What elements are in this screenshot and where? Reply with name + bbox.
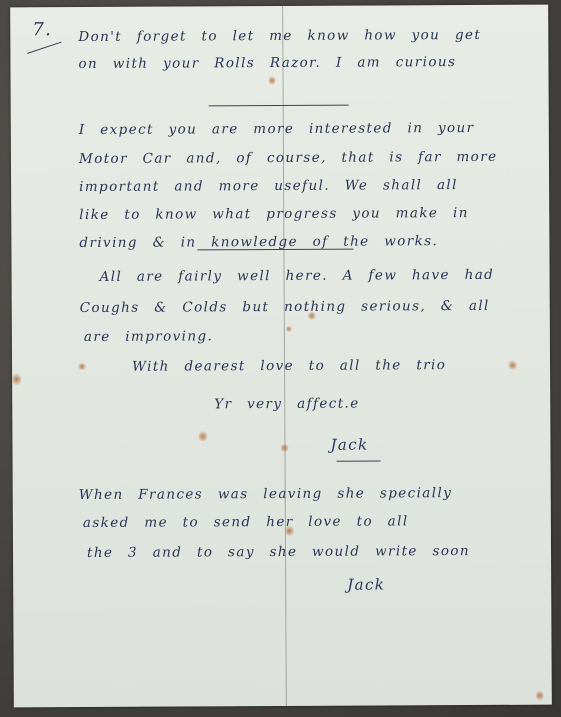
postscript-line: the 3 and to say she would write soon <box>87 543 470 561</box>
fold-crease <box>282 6 287 706</box>
foxing-stain <box>269 76 276 85</box>
valediction: Yr very affect.e <box>214 396 359 413</box>
letter-line: on with your Rolls Razor. I am curious <box>78 54 456 72</box>
postscript-line: When Frances was leaving she specially <box>79 485 453 503</box>
page-number-underline <box>27 42 61 54</box>
foxing-stain <box>12 373 21 385</box>
section-divider <box>197 249 353 251</box>
foxing-stain <box>78 363 86 370</box>
foxing-stain <box>198 431 207 441</box>
letter-line: are improving. <box>84 328 213 345</box>
letter-line: I expect you are more interested in your <box>79 120 475 138</box>
letter-line: like to know what progress you make in <box>79 205 469 223</box>
foxing-stain <box>508 361 517 370</box>
letter-line: Don't forget to let me know how you get <box>78 27 481 45</box>
foxing-stain <box>286 326 292 332</box>
page-number: 7. <box>32 19 52 40</box>
foxing-stain <box>536 691 544 701</box>
foxing-stain <box>280 444 288 452</box>
letter-line: All are fairly well here. A few have had <box>100 267 495 285</box>
letter-line: important and more useful. We shall all <box>79 177 458 195</box>
letter-page: 7. Don't forget to let me know how you g… <box>10 5 552 708</box>
salutation: With dearest love to all the trio <box>132 357 446 375</box>
signature-underline <box>337 460 381 461</box>
letter-line: Coughs & Colds but nothing serious, & al… <box>80 298 490 316</box>
signature: Jack <box>330 436 368 454</box>
letter-line: Motor Car and, of course, that is far mo… <box>79 149 498 167</box>
postscript-signature: Jack <box>347 575 385 593</box>
postscript-line: asked me to send her love to all <box>83 513 409 531</box>
section-divider <box>209 105 349 107</box>
